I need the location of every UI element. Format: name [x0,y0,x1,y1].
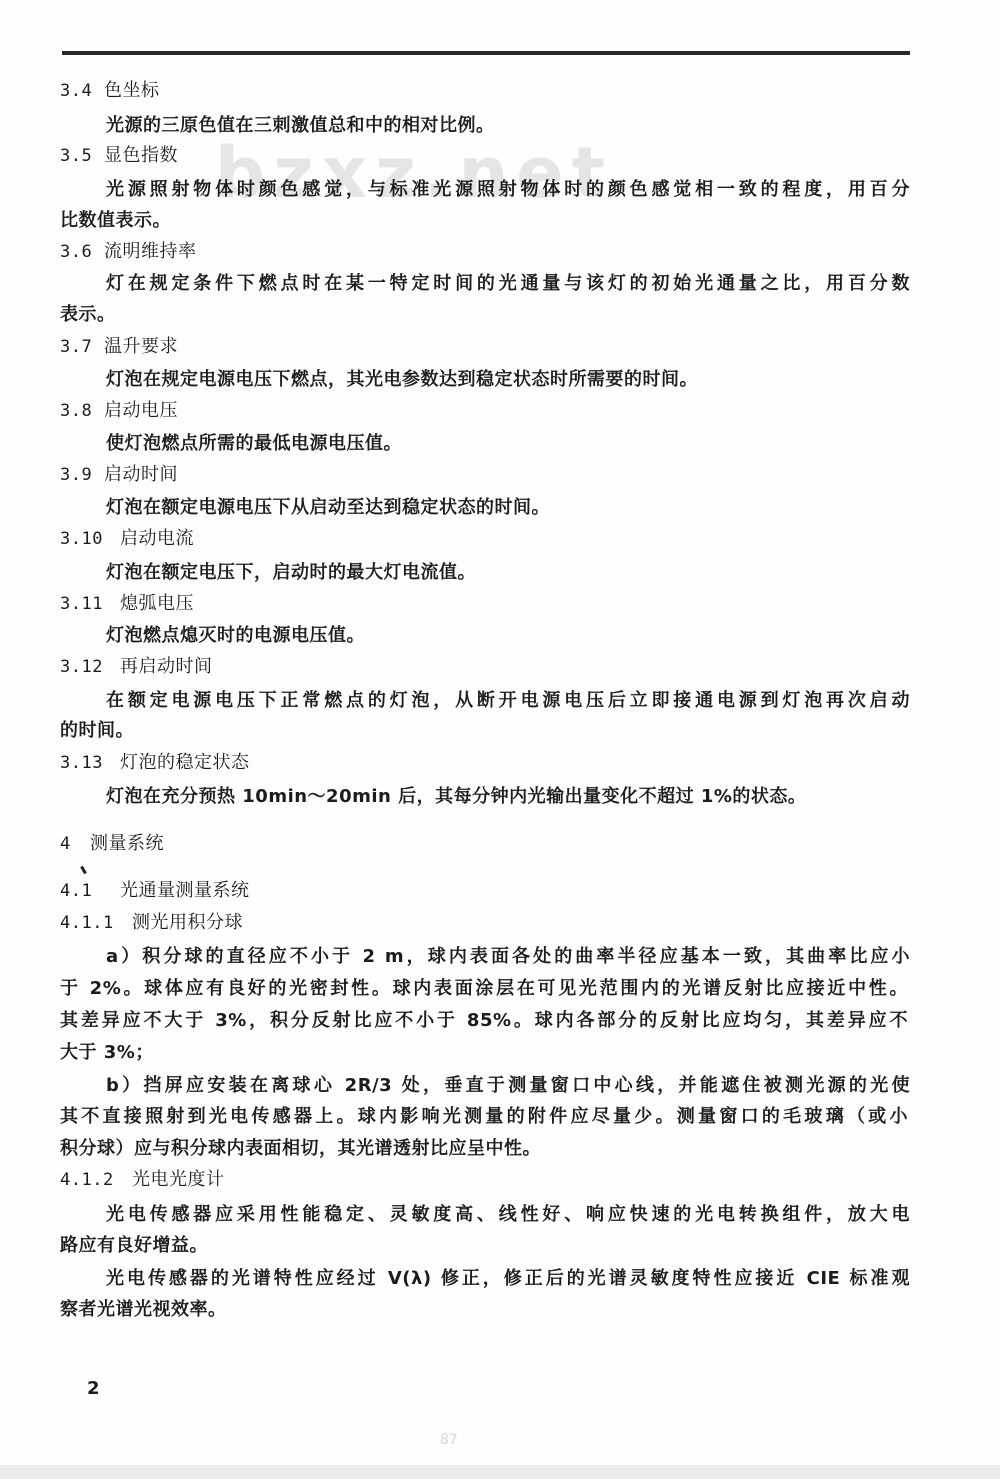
paragraph: b）挡屏应安装在离球心 2R/3 处，垂直于测量窗口中心线，并能遮住被测光源的光… [106,1075,910,1097]
heading-4: 4测量系统 [60,833,164,855]
paragraph: 使灯泡燃点所需的最低电源电压值。 [106,433,402,455]
paragraph: 灯泡在额定电压下，启动时的最大灯电流值。 [106,562,476,584]
paragraph: 路应有良好增益。 [60,1235,208,1257]
paragraph: 在额定电源电压下正常燃点的灯泡，从断开电源电压后立即接通电源到灯泡再次启动 [106,690,910,712]
heading-3-10: 3.10启动电流 [60,528,194,550]
document-page: bzxz.net 3.4色坐标 光源的三原色值在三刺激值总和中的相对比例。 3.… [0,0,1000,1465]
paragraph: 比数值表示。 [60,210,171,232]
heading-4-1-1: 4.1.1测光用积分球 [60,912,243,934]
paragraph: 灯泡在额定电源电压下从启动至达到稳定状态的时间。 [106,497,550,519]
paragraph: a）积分球的直径应不小于 2 m，球内表面各处的曲率半径应基本一致，其曲率比应小 [106,946,910,968]
paragraph: 大于 3%； [60,1042,154,1064]
scan-mark [80,866,87,874]
page-edge [0,1465,1000,1479]
paragraph: 察者光谱光视效率。 [60,1299,227,1321]
paragraph: 表示。 [60,304,116,326]
paragraph: 光源照射物体时颜色感觉，与标准光源照射物体时的颜色感觉相一致的程度，用百分 [106,179,910,201]
heading-3-6: 3.6流明维持率 [60,241,197,263]
paragraph: 灯泡在规定电源电压下燃点，其光电参数达到稳定状态时所需要的时间。 [106,369,698,391]
heading-3-5: 3.5显色指数 [60,145,178,167]
heading-4-1-2: 4.1.2光电光度计 [60,1169,225,1191]
heading-3-7: 3.7温升要求 [60,336,178,358]
paragraph: 光源的三原色值在三刺激值总和中的相对比例。 [106,115,495,137]
paragraph: 灯在规定条件下燃点时在某一特定时间的光通量与该灯的初始光通量之比，用百分数 [106,273,910,295]
watermark: bzxz.net [215,132,613,214]
paragraph: 光电传感器应采用性能稳定、灵敏度高、线性好、响应快速的光电转换组件，放大电 [106,1204,910,1226]
paragraph: 灯泡在充分预热 10min～20min 后，其每分钟内光输出量变化不超过 1%的… [106,786,806,808]
heading-3-4: 3.4色坐标 [60,80,160,102]
heading-3-12: 3.12再启动时间 [60,656,213,678]
page-number: 2 [87,1378,100,1399]
paragraph: 的时间。 [60,720,134,742]
heading-4-1: 4.1光通量测量系统 [60,880,250,902]
footer-stamp: 87 [440,1432,458,1448]
heading-3-9: 3.9启动时间 [60,464,178,486]
paragraph: 其不直接照射到光电传感器上。球内影响光测量的附件应尽量少。测量窗口的毛玻璃（或小 [60,1106,908,1128]
paragraph: 灯泡燃点熄灭时的电源电压值。 [106,625,365,647]
paragraph: 于 2%。球体应有良好的光密封性。球内表面涂层在可见光范围内的光谱反射比应接近中… [60,978,908,1000]
paragraph: 积分球）应与积分球内表面相切，其光谱透射比应呈中性。 [60,1138,541,1160]
heading-3-11: 3.11熄弧电压 [60,593,194,615]
heading-3-13: 3.13灯泡的稳定状态 [60,752,250,774]
heading-3-8: 3.8启动电压 [60,400,178,422]
header-rule [62,51,910,55]
paragraph: 其差异应不大于 3%，积分反射比应不小于 85%。球内各部分的反射比应均匀，其差… [60,1010,908,1032]
paragraph: 光电传感器的光谱特性应经过 V(λ) 修正，修正后的光谱灵敏度特性应接近 CIE… [106,1268,910,1290]
